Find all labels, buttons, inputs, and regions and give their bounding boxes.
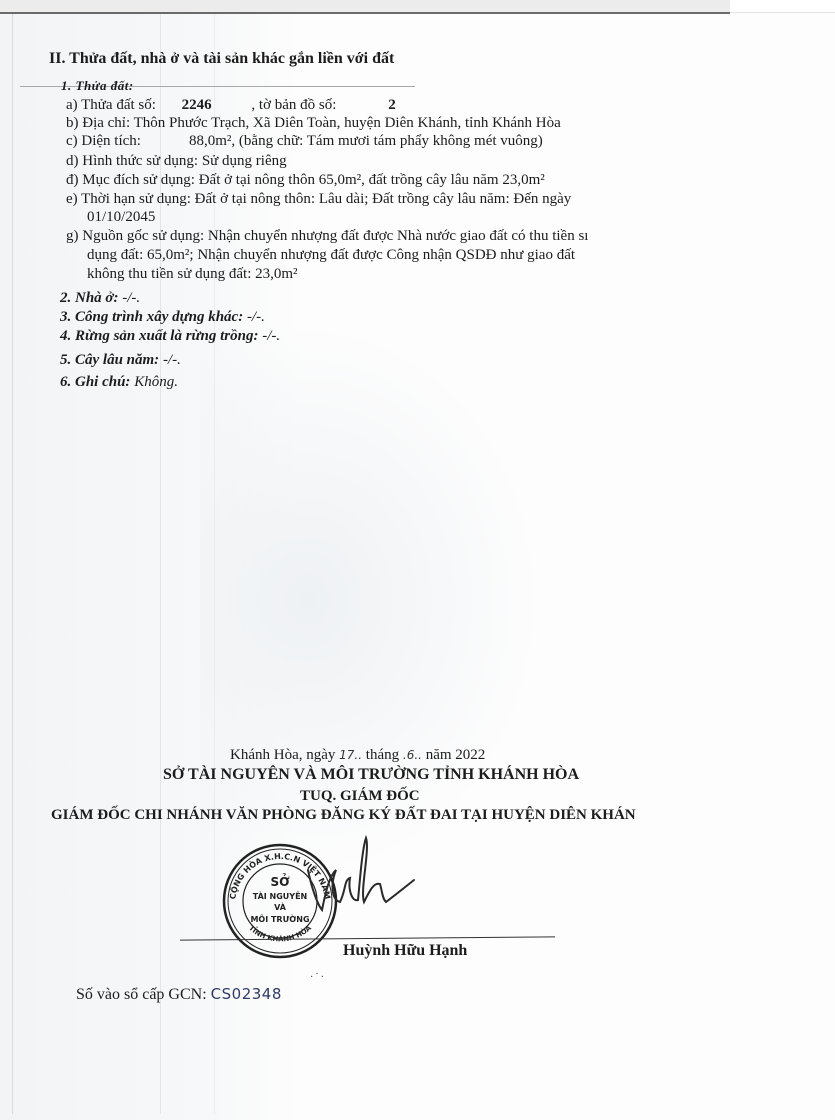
- perennial-trees-label: 5. Cây lâu năm:: [60, 352, 159, 368]
- area-row: c) Diện tích:88,0m², (bằng chữ: Tám mươi…: [66, 132, 543, 150]
- handwritten-month: .6..: [403, 748, 422, 762]
- perennial-trees-row: 5. Cây lâu năm: -/-.: [60, 351, 181, 369]
- perennial-trees-value: -/-.: [159, 352, 181, 368]
- signer-name: Huỳnh Hữu Hạnh: [343, 942, 467, 960]
- parcel-number-value: 2246: [182, 96, 248, 114]
- usage-term-date: 01/10/2045: [87, 208, 155, 226]
- signer-role: GIÁM ĐỐC CHI NHÁNH VĂN PHÒNG ĐĂNG KÝ ĐẤT…: [51, 806, 636, 824]
- register-number-value: CS02348: [211, 985, 282, 1003]
- notes-label: 6. Ghi chú:: [60, 374, 130, 390]
- planted-forest-label: 4. Rừng sản xuất là rừng trồng:: [60, 328, 258, 344]
- planted-forest-row: 4. Rừng sản xuất là rừng trồng: -/-.: [60, 327, 280, 345]
- issuing-organization: SỞ TÀI NGUYÊN VÀ MÔI TRƯỜNG TỈNH KHÁNH H…: [163, 766, 579, 784]
- usage-term-row: e) Thời hạn sử dụng: Đất ở tại nông thôn…: [66, 190, 571, 208]
- section-title: II. Thửa đất, nhà ở và tài sản khác gắn …: [49, 50, 394, 68]
- certificate-register-number: Số vào sổ cấp GCN: CS02348: [76, 985, 282, 1004]
- land-parcel-heading: 1. Thửa đất:: [61, 77, 134, 95]
- viewer-top-bar-extension: [730, 0, 835, 13]
- month-label: tháng: [362, 747, 403, 763]
- area-label: c) Diện tích:: [66, 132, 189, 150]
- house-value: -/-.: [118, 290, 140, 306]
- handwritten-day: 17..: [339, 748, 362, 762]
- area-value: 88,0m², (bằng chữ: Tám mươi tám phẩy khô…: [189, 133, 543, 149]
- viewer-top-bar: [0, 0, 730, 14]
- map-sheet-label: , tờ bản đồ số:: [251, 97, 336, 113]
- register-number-label: Số vào sổ cấp GCN:: [76, 986, 211, 1003]
- handwritten-signature-icon: [300, 830, 430, 930]
- svg-text:VÀ: VÀ: [274, 901, 287, 912]
- usage-origin-row-cont: không thu tiền sử dụng đất: 23,0m²: [87, 265, 298, 283]
- signing-date: Khánh Hòa, ngày 17.. tháng .6.. năm 2022: [230, 746, 485, 764]
- date-prefix: Khánh Hòa, ngày: [230, 747, 339, 763]
- other-construction-label: 3. Công trình xây dựng khác:: [60, 309, 243, 325]
- house-row: 2. Nhà ở: -/-.: [60, 289, 140, 307]
- usage-purpose-row: đ) Mục đích sử dụng: Đất ở tại nông thôn…: [66, 171, 545, 189]
- svg-text:SỞ: SỞ: [270, 873, 290, 889]
- house-label: 2. Nhà ở:: [60, 290, 118, 306]
- year-text: năm 2022: [422, 747, 485, 763]
- usage-origin-row: g) Nguồn gốc sử dụng: Nhận chuyển nhượng…: [66, 227, 588, 245]
- ink-dots: ·˙·: [310, 972, 326, 983]
- notes-row: 6. Ghi chú: Không.: [60, 373, 178, 391]
- other-construction-row: 3. Công trình xây dựng khác: -/-.: [60, 308, 265, 326]
- other-construction-value: -/-.: [243, 309, 265, 325]
- parcel-number-label: a) Thửa đất số:: [66, 97, 156, 113]
- planted-forest-value: -/-.: [258, 328, 280, 344]
- address-row: b) Địa chỉ: Thôn Phước Trạch, Xã Diên To…: [66, 114, 561, 132]
- parcel-number-row: a) Thửa đất số: 2246 , tờ bản đồ số: 2: [66, 96, 396, 114]
- notes-value: Không.: [130, 374, 178, 390]
- usage-form-row: d) Hình thức sử dụng: Sử dụng riêng: [66, 152, 287, 170]
- on-behalf-of: TUQ. GIÁM ĐỐC: [300, 787, 420, 805]
- usage-origin-row-cont: dụng đất: 65,0m²; Nhận chuyển nhượng đất…: [87, 246, 575, 264]
- map-sheet-value: 2: [388, 96, 396, 114]
